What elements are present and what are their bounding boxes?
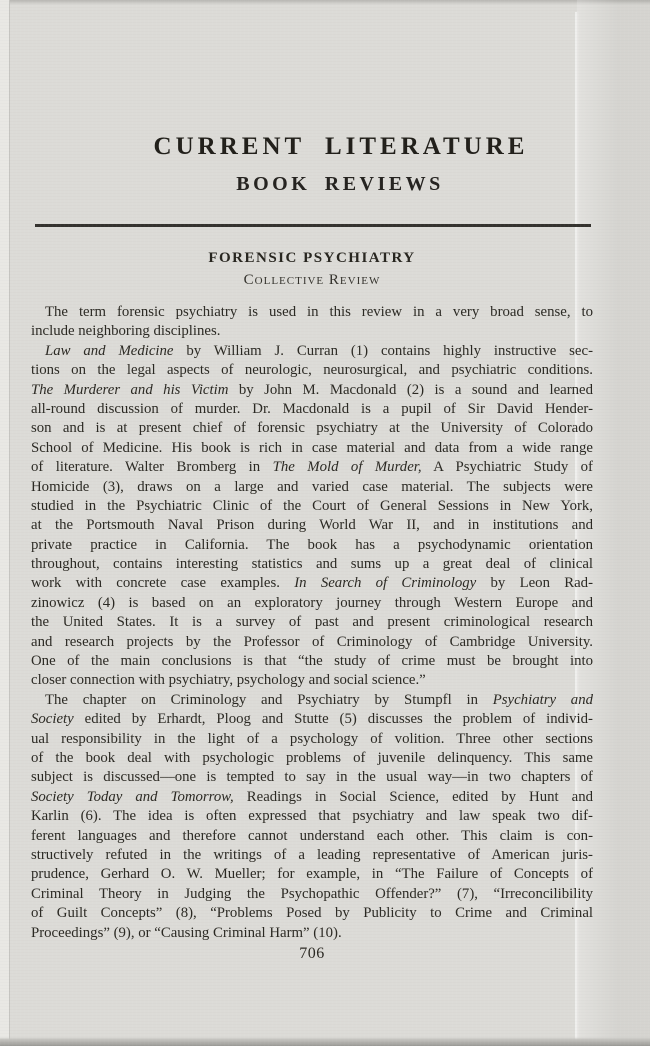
text-line: ual responsibility in the light of a psy… [31, 730, 593, 749]
text-line: of the book deal with psychologic proble… [31, 749, 593, 768]
page-title: CURRENT LITERATURE [16, 134, 650, 160]
page-subtitle: BOOK REVIEWS [15, 173, 650, 195]
text-line: closer connection with psychiatry, psych… [31, 671, 593, 690]
text-line: The Murderer and his Victim by John M. M… [31, 381, 593, 400]
text-line: Society Today and Tomorrow, Readings in … [31, 788, 593, 807]
text-line: The chapter on Criminology and Psychiatr… [31, 691, 593, 710]
left-edge-strip [0, 0, 10, 1046]
text-line: School of Medicine. His book is rich in … [31, 439, 593, 458]
text-line: and research projects by the Professor o… [31, 633, 593, 652]
text-line: private practice in California. The book… [31, 536, 593, 555]
section-heading: FORENSIC PSYCHIATRY [0, 250, 624, 266]
text-line: son and is at present chief of forensic … [31, 419, 593, 438]
section-subheading: Collective Review [0, 272, 624, 288]
text-line: Proceedings” (9), or “Causing Criminal H… [31, 924, 593, 943]
section-divider [35, 224, 591, 227]
text-line: tions on the legal aspects of neurologic… [31, 361, 593, 380]
text-line: at the Portsmouth Naval Prison during Wo… [31, 516, 593, 535]
text-line: throughout, contains interesting statist… [31, 555, 593, 574]
top-edge-shadow [0, 0, 650, 5]
text-line: zinowicz (4) is based on an exploratory … [31, 594, 593, 613]
paragraph: Law and Medicine by William J. Curran (1… [31, 342, 593, 691]
text-line: The term forensic psychiatry is used in … [31, 303, 593, 322]
text-line: include neighboring disciplines. [31, 322, 593, 341]
text-line: the United States. It is a survey of pas… [31, 613, 593, 632]
text-line: One of the main conclusions is that “the… [31, 652, 593, 671]
text-line: subject is discussed—one is tempted to s… [31, 768, 593, 787]
text-line: Law and Medicine by William J. Curran (1… [31, 342, 593, 361]
text-line: ferent languages and therefore cannot un… [31, 827, 593, 846]
text-line: studied in the Psychiatric Clinic of the… [31, 497, 593, 516]
text-line: structively refuted in the writings of a… [31, 846, 593, 865]
bottom-edge-shadow [0, 1037, 650, 1046]
text-line: prudence, Gerhard O. W. Mueller; for exa… [31, 865, 593, 884]
text-line: of Guilt Concepts” (8), “Problems Posed … [31, 904, 593, 923]
text-line: Homicide (3), draws on a large and varie… [31, 478, 593, 497]
paragraph: The chapter on Criminology and Psychiatr… [31, 691, 593, 943]
page-number: 706 [31, 945, 593, 963]
text-line: of literature. Walter Bromberg in The Mo… [31, 458, 593, 477]
text-line: Society edited by Erhardt, Ploog and Stu… [31, 710, 593, 729]
paragraph: The term forensic psychiatry is used in … [31, 303, 593, 342]
review-body: The term forensic psychiatry is used in … [31, 303, 593, 943]
text-line: work with concrete case examples. In Sea… [31, 574, 593, 593]
text-line: Karlin (6). The idea is often expressed … [31, 807, 593, 826]
scanned-page: CURRENT LITERATURE BOOK REVIEWS FORENSIC… [0, 0, 650, 1046]
text-line: Criminal Theory in Judging the Psychopat… [31, 885, 593, 904]
text-line: all-round discussion of murder. Dr. Macd… [31, 400, 593, 419]
